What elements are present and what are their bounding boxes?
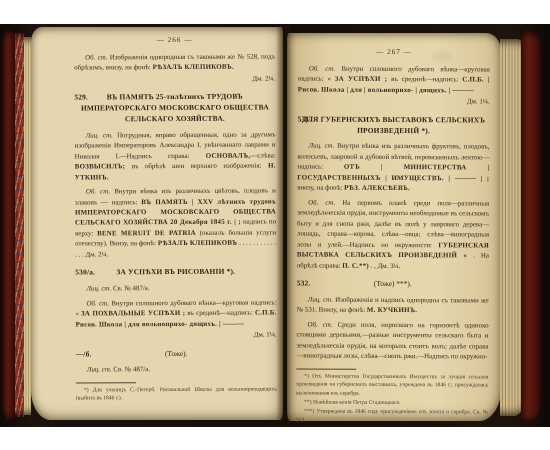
entry-530a-obverse-paragraph: Лиц. ст. Св. № 487/а. [75, 284, 276, 296]
footnote-rule [76, 382, 136, 383]
entry-529-reverse-paragraph: Об. ст. Внутри вѣнка изъ различныхъ цвѣт… [75, 186, 276, 260]
diameter-note: Дм. 1¼. [298, 97, 490, 108]
left-page: — 266 — Об. ст. Изображенія однородныя с… [31, 27, 283, 420]
left-book-cover [2, 29, 15, 421]
entry-529-number: 529. [74, 93, 88, 104]
entry-528-reverse-paragraph: Об. ст. Изображенія однородныя съ таковы… [74, 52, 275, 86]
footnote: *) Для ученицъ С.-Петерб. Рисовальной Шк… [76, 385, 277, 403]
entry-532-number: 532. [297, 279, 311, 290]
entry-532-obverse-paragraph: Лиц. ст. Изображенія и надпись однородны… [297, 295, 489, 317]
entry-529-obverse-paragraph: Лиц. ст. Погрудныя, вправо обращенныя, о… [75, 130, 276, 183]
entry-530a-heading: 530/а.ЗА УСПѢХИ ВЪ РИСОВАНІИ *). [75, 267, 276, 279]
entry-531-reverse-paragraph: Об. ст. На первомъ планѣ среди поля—разл… [297, 198, 489, 272]
entry-530b-number: —/б. [76, 349, 92, 360]
entry-530b-obverse-paragraph: Лиц. ст. Св. № 487/а. [76, 365, 277, 377]
entry-532-reverse-paragraph: Об. ст. Среди поля, поросшаго на горизон… [296, 320, 488, 363]
marbled-endpaper [15, 33, 24, 417]
footnote: *) Отъ Министерства Государственныхъ Иму… [296, 372, 488, 398]
footnote: ***) Утверждена въ 1846 году присужденіе… [296, 408, 488, 426]
left-page-content: — 266 — Об. ст. Изображенія однородныя с… [74, 34, 277, 403]
left-page-number: — 266 — [74, 34, 275, 46]
entry-530a-reverse-paragraph: Об. ст. Внутри сплошного дубоваго вѣнка—… [75, 298, 276, 342]
footnote-rule [296, 368, 356, 369]
right-page-edge-stack [500, 39, 522, 416]
entry-530b-reverse-paragraph: Об. ст. Внутри сплошного дубоваго вѣнка—… [298, 64, 490, 108]
diameter-note: Дм. 2¼. [74, 74, 275, 86]
entry-531-number: 531. [298, 114, 312, 125]
diameter-note: Дм. 1¼. [76, 331, 277, 343]
entry-530b-heading: —/б.(Тоже). [76, 348, 277, 360]
right-page-content: — 267 — Об. ст. Внутри сплошного дубоваг… [296, 46, 490, 425]
entry-531-heading: 531.ДЛЯ ГУБЕРНСКИХЪ ВЫСТАВОКЪ СЕЛЬСКИХЪ … [298, 114, 490, 136]
footnote: **) Новѣйшая копія Петра Стадницкаго. [296, 398, 488, 407]
entry-532-heading: 532.(Тоже) ***). [297, 279, 489, 291]
diameter-note: Дм. 2¼. [86, 251, 109, 258]
entry-530a-number: 530/а. [75, 268, 95, 279]
entry-531-obverse-paragraph: Лиц. ст. Внутри вѣнка изъ различныхъ фру… [297, 142, 489, 195]
entry-529-heading: 529.ВЪ ПАМЯТЬ 25-тилѣтнихъ ТРУДОВЪ ИМПЕР… [74, 92, 275, 125]
right-page-number: — 267 — [298, 46, 490, 58]
book-photo: { "photo": { "background_color": "#fffff… [0, 0, 550, 450]
right-book-cover [521, 30, 541, 423]
right-page: — 267 — Об. ст. Внутри сплошного дубоваг… [287, 33, 501, 421]
left-page-edge-stack [24, 37, 31, 415]
